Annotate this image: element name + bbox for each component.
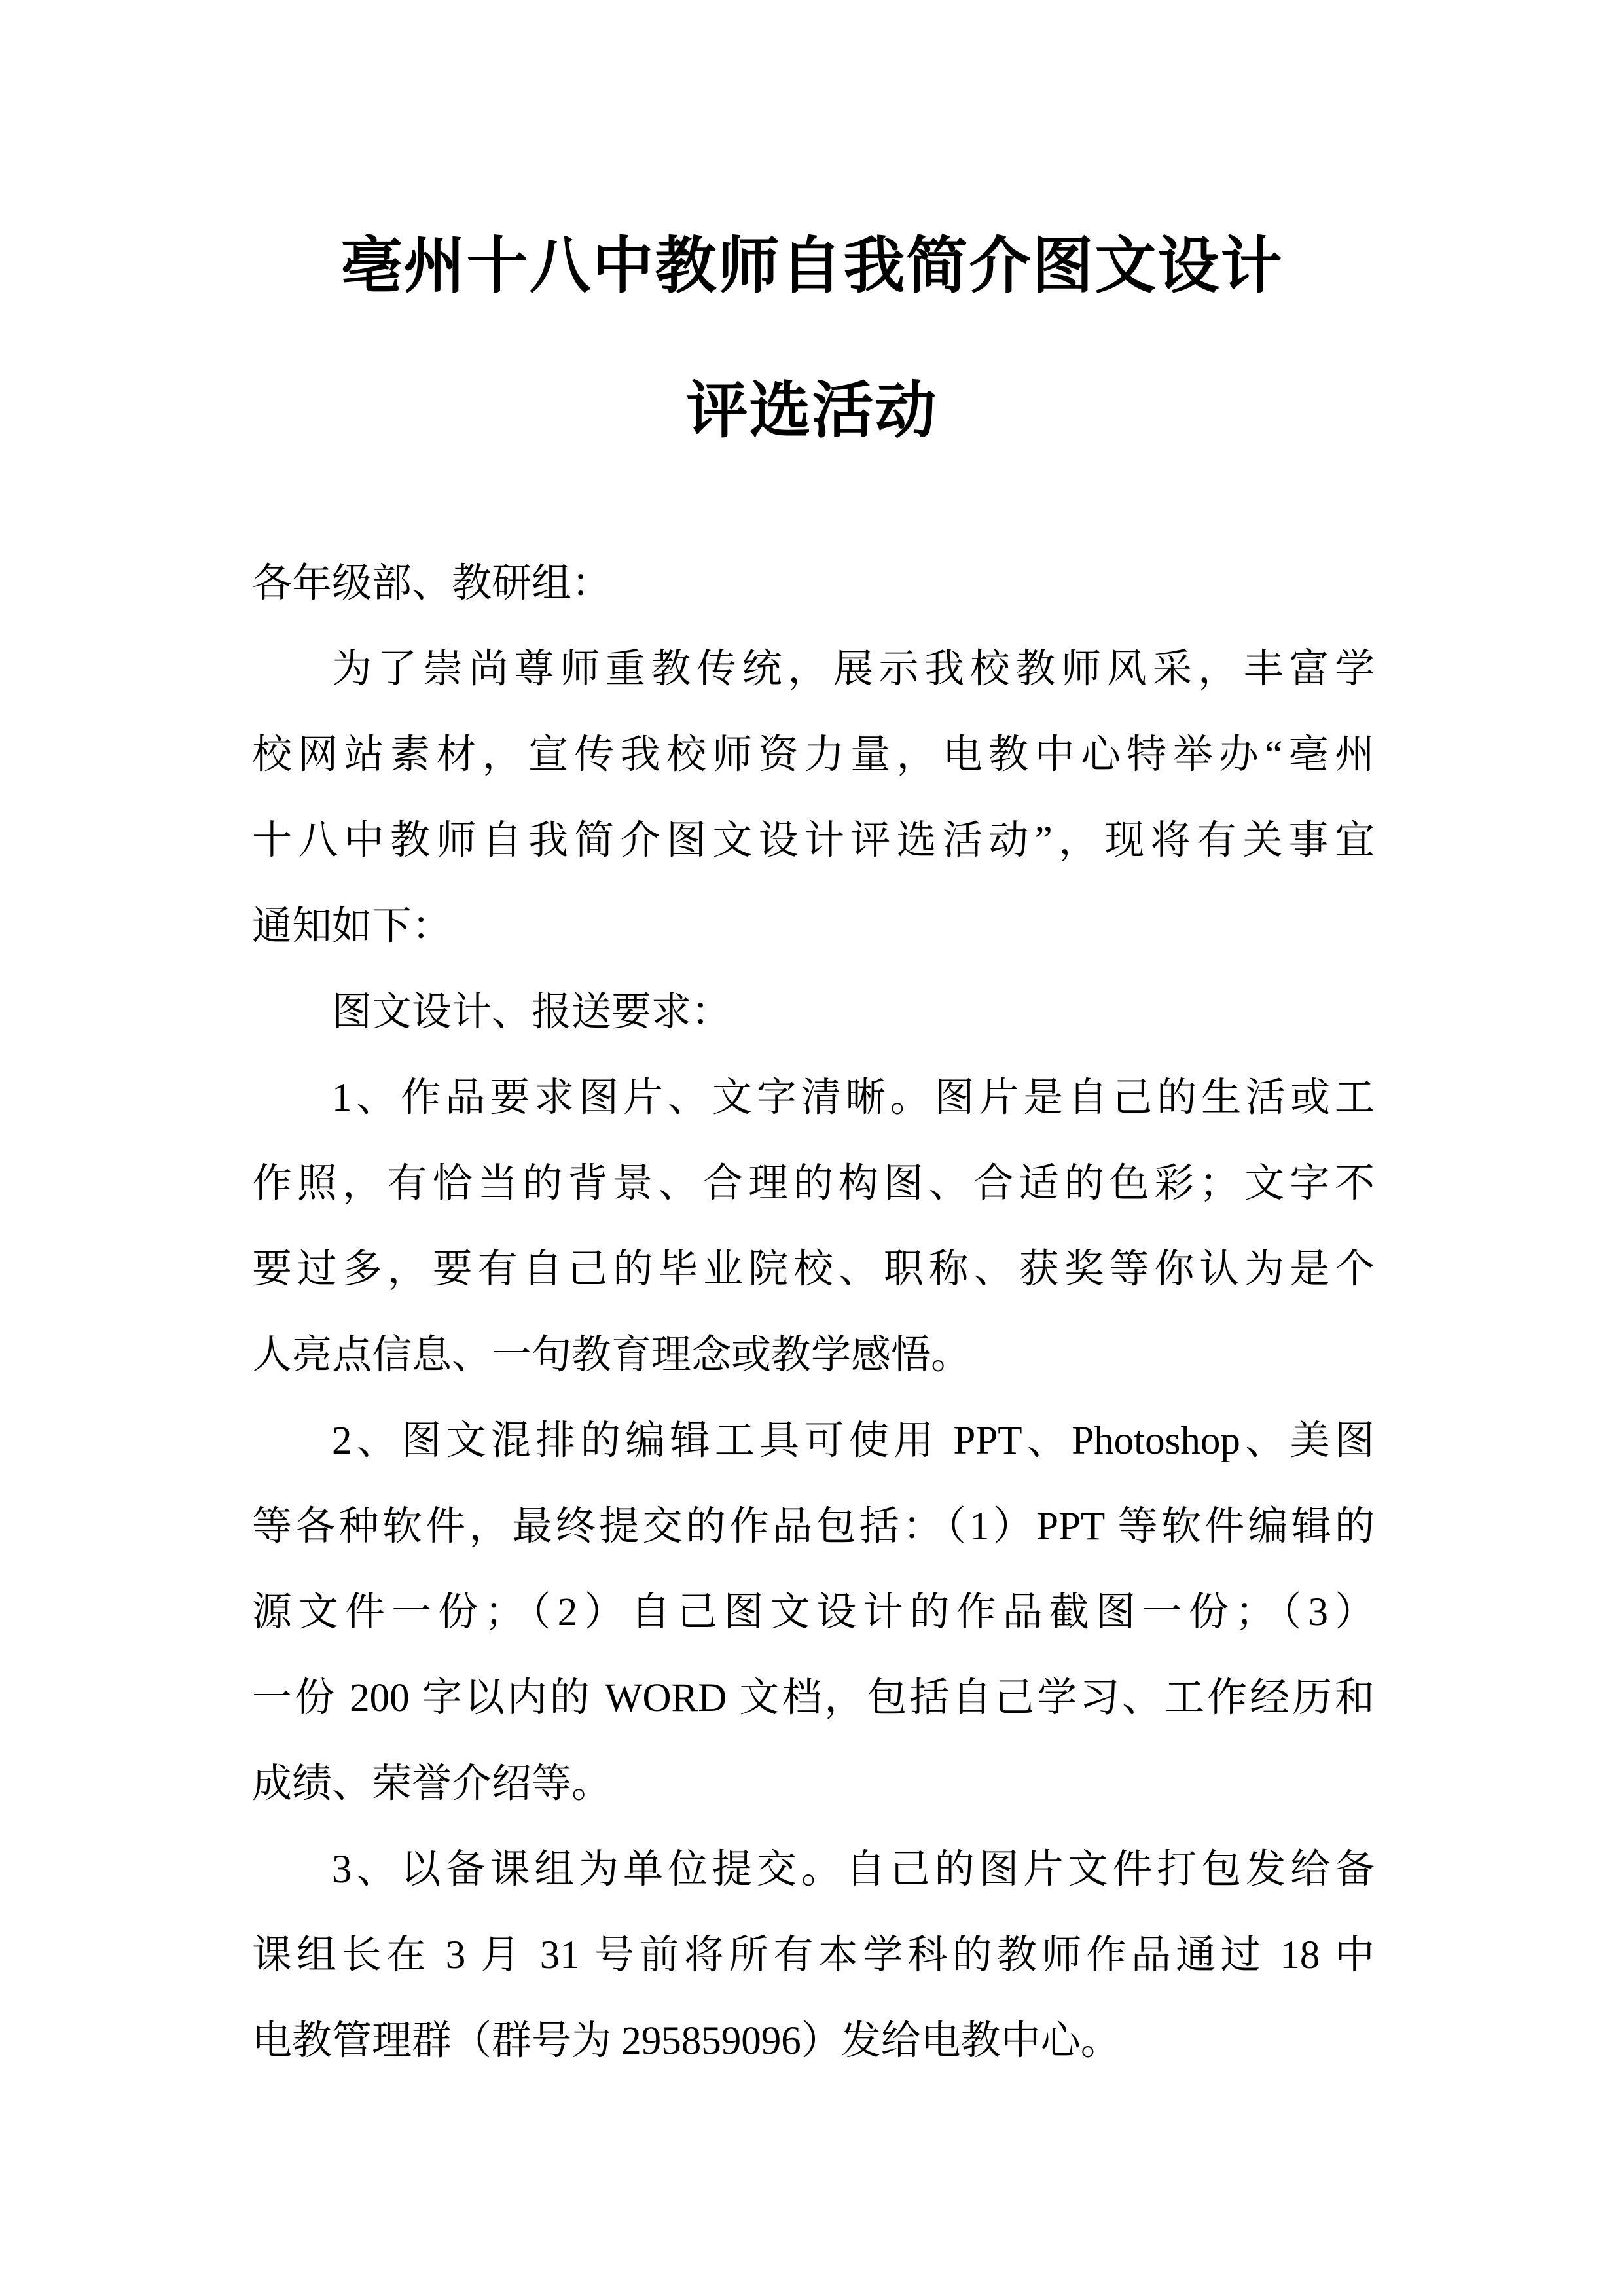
- document-title: 亳州十八中教师自我简介图文设计 评选活动: [0, 193, 1624, 482]
- document-page: 亳州十八中教师自我简介图文设计 评选活动 各年级部、教研组：为了崇尚尊师重教传统…: [0, 0, 1624, 2296]
- body-line-7: 1、作品要求图片、文字清晰。图片是自己的生活或工: [252, 1055, 1375, 1141]
- body-line-4: 十八中教师自我简介图文设计评选活动”，现将有关事宜: [252, 798, 1375, 884]
- body-line-13: 源文件一份；（2）自己图文设计的作品截图一份；（3）: [252, 1570, 1375, 1655]
- body-line-8: 作照，有恰当的背景、合理的构图、合适的色彩；文字不: [252, 1141, 1375, 1227]
- body-line-16: 3、以备课组为单位提交。自己的图片文件打包发给备: [252, 1827, 1375, 1912]
- body-line-3: 校网站素材，宣传我校师资力量，电教中心特举办“亳州: [252, 712, 1375, 798]
- title-line-1: 亳州十八中教师自我简介图文设计: [0, 193, 1624, 338]
- body-line-2: 为了崇尚尊师重教传统，展示我校教师风采，丰富学: [252, 626, 1375, 712]
- body-line-12: 等各种软件，最终提交的作品包括：（1）PPT 等软件编辑的: [252, 1484, 1375, 1570]
- body-text: 各年级部、教研组：为了崇尚尊师重教传统，展示我校教师风采，丰富学校网站素材，宣传…: [252, 541, 1375, 2084]
- body-line-17: 课组长在 3 月 31 号前将所有本学科的教师作品通过 18 中: [252, 1912, 1375, 1998]
- body-line-14: 一份 200 字以内的 WORD 文档，包括自己学习、工作经历和: [252, 1655, 1375, 1741]
- body-line-10: 人亮点信息、一句教育理念或教学感悟。: [252, 1312, 1375, 1398]
- body-line-6: 图文设计、报送要求：: [252, 969, 1375, 1055]
- body-line-9: 要过多，要有自己的毕业院校、职称、获奖等你认为是个: [252, 1227, 1375, 1312]
- title-line-2: 评选活动: [0, 338, 1624, 482]
- body-line-11: 2、图文混排的编辑工具可使用 PPT、Photoshop、美图: [252, 1398, 1375, 1484]
- body-line-15: 成绩、荣誉介绍等。: [252, 1741, 1375, 1827]
- body-line-5: 通知如下：: [252, 884, 1375, 969]
- body-line-1: 各年级部、教研组：: [252, 541, 1375, 626]
- body-line-18: 电教管理群（群号为 295859096）发给电教中心。: [252, 1998, 1375, 2084]
